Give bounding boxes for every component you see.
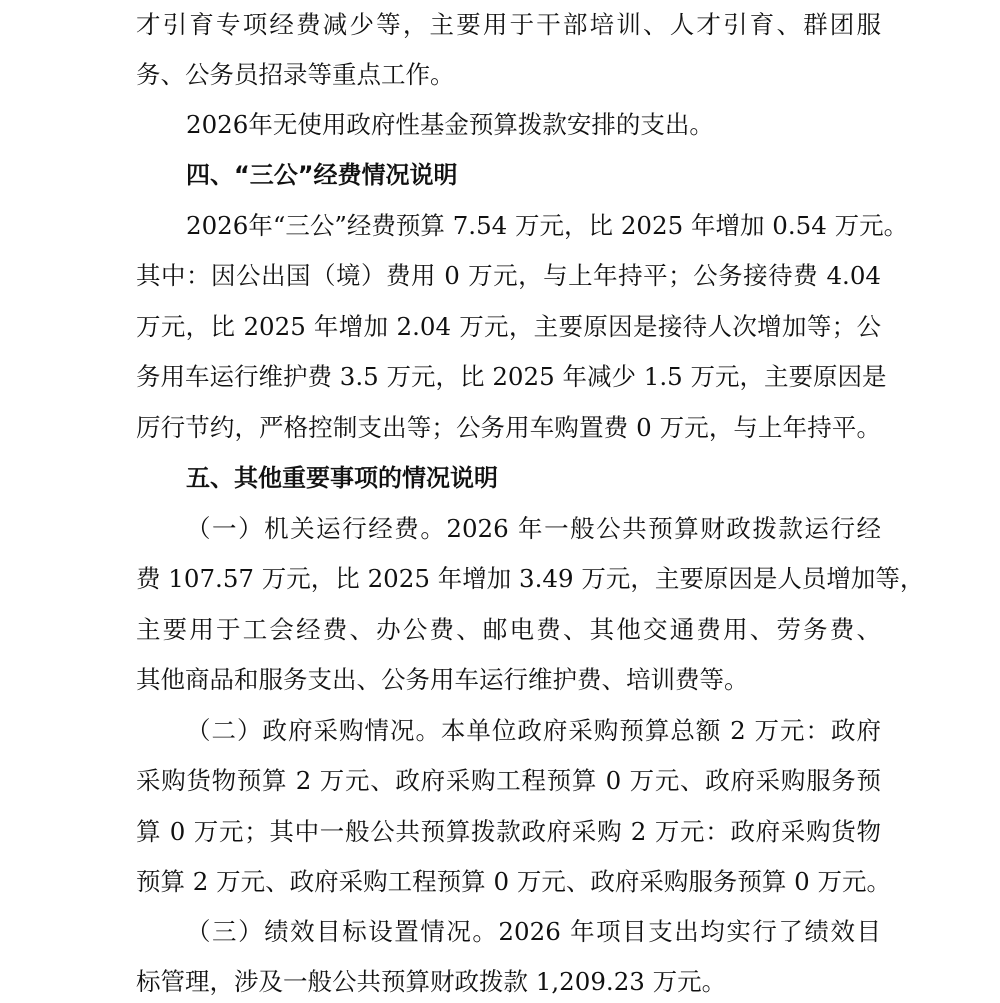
paragraph-line: 万元，比 2025 年增加 2.04 万元，主要原因是接待人次增加等；公 <box>136 302 881 352</box>
paragraph-line: 务、公务员招录等重点工作。 <box>136 50 881 100</box>
paragraph-line: 其他商品和服务支出、公务用车运行维护费、培训费等。 <box>136 655 881 705</box>
paragraph-line: 才引育专项经费减少等，主要用于干部培训、人才引育、群团服 <box>136 0 881 50</box>
paragraph-line: 采购货物预算 2 万元、政府采购工程预算 0 万元、政府采购服务预 <box>136 756 881 806</box>
paragraph-line: 标管理，涉及一般公共预算财政拨款 1,209.23 万元。 <box>136 957 881 1003</box>
paragraph-line: 费 107.57 万元，比 2025 年增加 3.49 万元，主要原因是人员增加… <box>136 554 881 604</box>
paragraph-line: 务用车运行维护费 3.5 万元，比 2025 年减少 1.5 万元，主要原因是 <box>136 352 881 402</box>
paragraph-line: 厉行节约，严格控制支出等；公务用车购置费 0 万元，与上年持平。 <box>136 403 881 453</box>
paragraph-line: 其中：因公出国（境）费用 0 万元，与上年持平；公务接待费 4.04 <box>136 251 881 301</box>
section-heading-five: 五、其他重要事项的情况说明 <box>186 453 881 503</box>
document-page: 才引育专项经费减少等，主要用于干部培训、人才引育、群团服 务、公务员招录等重点工… <box>0 0 1000 1003</box>
paragraph-line: 主要用于工会经费、办公费、邮电费、其他交通费用、劳务费、 <box>136 605 881 655</box>
paragraph-line: 2026年无使用政府性基金预算拨款安排的支出。 <box>186 100 881 150</box>
paragraph-line: （二）政府采购情况。本单位政府采购预算总额 2 万元：政府 <box>186 706 881 756</box>
paragraph-line: 预算 2 万元、政府采购工程预算 0 万元、政府采购服务预算 0 万元。 <box>136 857 881 907</box>
section-heading-four: 四、“三公”经费情况说明 <box>186 150 881 200</box>
paragraph-line: 算 0 万元；其中一般公共预算拨款政府采购 2 万元：政府采购货物 <box>136 807 881 857</box>
paragraph-line: 2026年“三公”经费预算 7.54 万元，比 2025 年增加 0.54 万元… <box>186 201 881 251</box>
paragraph-line: （三）绩效目标设置情况。2026 年项目支出均实行了绩效目 <box>186 907 881 957</box>
paragraph-line: （一）机关运行经费。2026 年一般公共预算财政拨款运行经 <box>186 504 881 554</box>
